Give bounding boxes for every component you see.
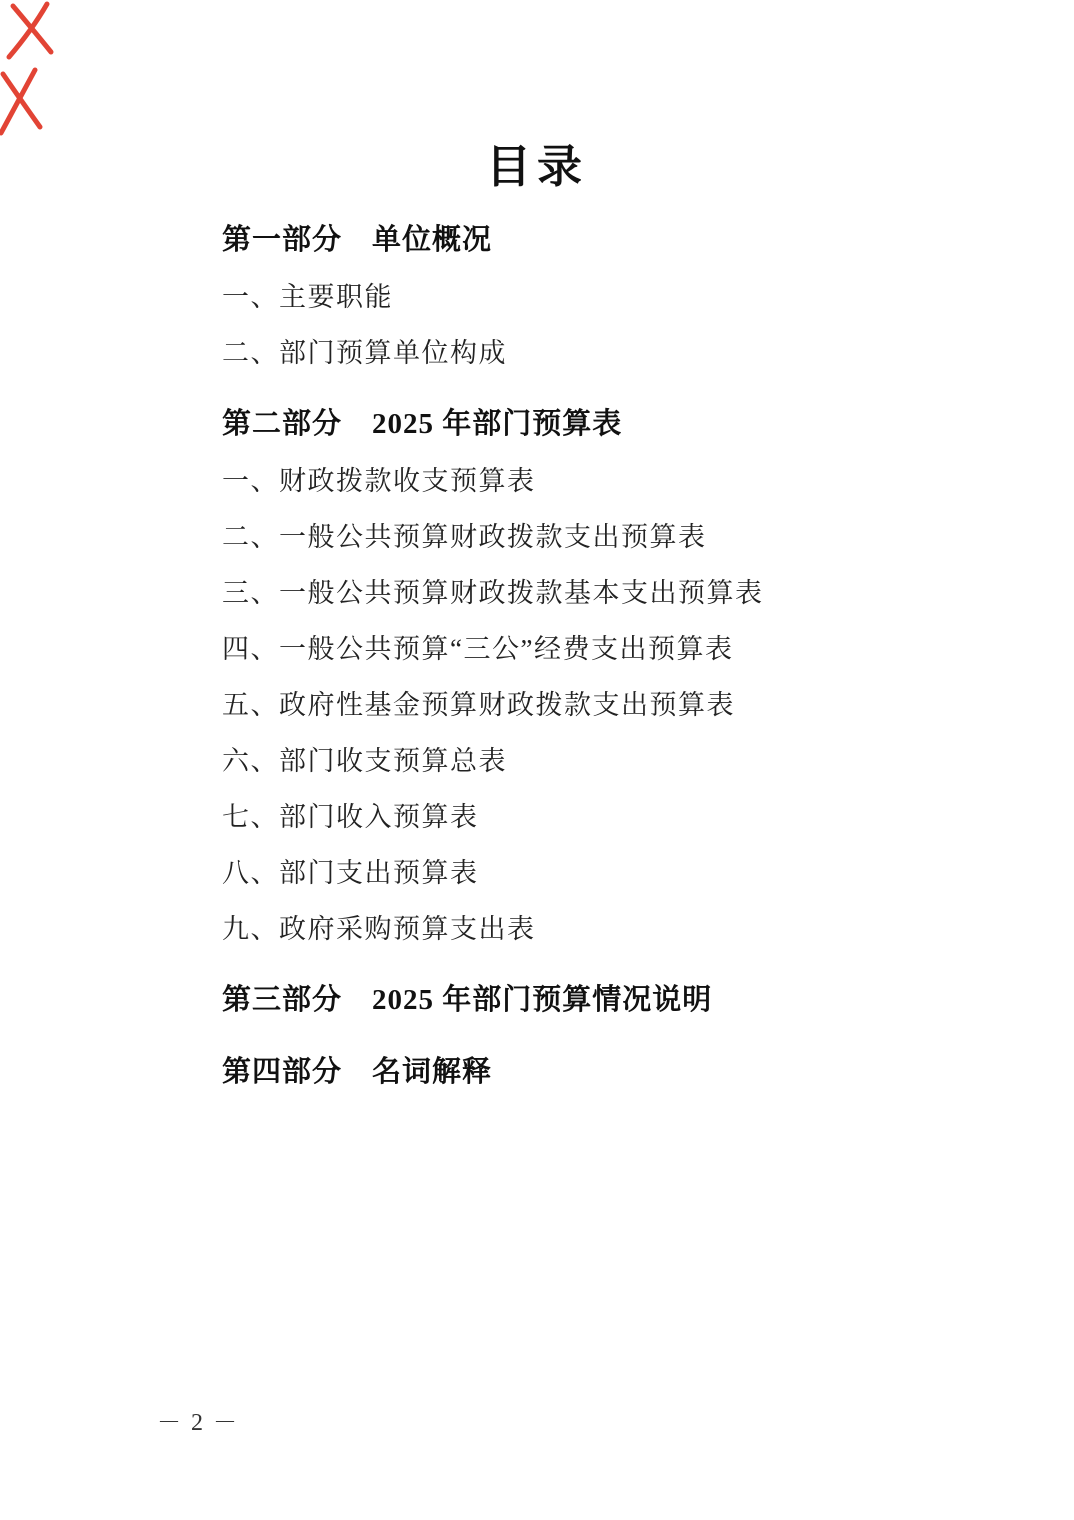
page-number: － 2 － [157,1408,239,1438]
toc-item: 一、财政拨款收支预算表 [222,464,1014,498]
toc-item: 八、部门支出预算表 [222,856,1014,890]
toc-item: 三、一般公共预算财政拨款基本支出预算表 [222,576,1014,610]
toc-item: 七、部门收入预算表 [222,800,1014,834]
toc-section-2-heading: 第二部分 2025 年部门预算表 [222,406,1014,442]
toc-item: 二、部门预算单位构成 [222,336,1014,370]
toc-item: 六、部门收支预算总表 [222,744,1014,778]
page-title: 目录 [0,139,1074,195]
toc-item: 五、政府性基金预算财政拨款支出预算表 [222,688,1014,722]
table-of-contents: 第一部分 单位概况 一、主要职能 二、部门预算单位构成 第二部分 2025 年部… [222,222,1014,1090]
toc-item: 九、政府采购预算支出表 [222,912,1014,946]
toc-section-4-heading: 第四部分 名词解释 [222,1054,1014,1090]
toc-item: 一、主要职能 [222,280,1014,314]
red-pen-marks-icon [0,0,60,140]
toc-section-1-heading: 第一部分 单位概况 [222,222,1014,258]
toc-section-3-heading: 第三部分 2025 年部门预算情况说明 [222,982,1014,1018]
toc-item: 四、一般公共预算“三公”经费支出预算表 [222,632,1014,666]
document-page: 目录 第一部分 单位概况 一、主要职能 二、部门预算单位构成 第二部分 2025… [0,0,1074,1520]
toc-item: 二、一般公共预算财政拨款支出预算表 [222,520,1014,554]
